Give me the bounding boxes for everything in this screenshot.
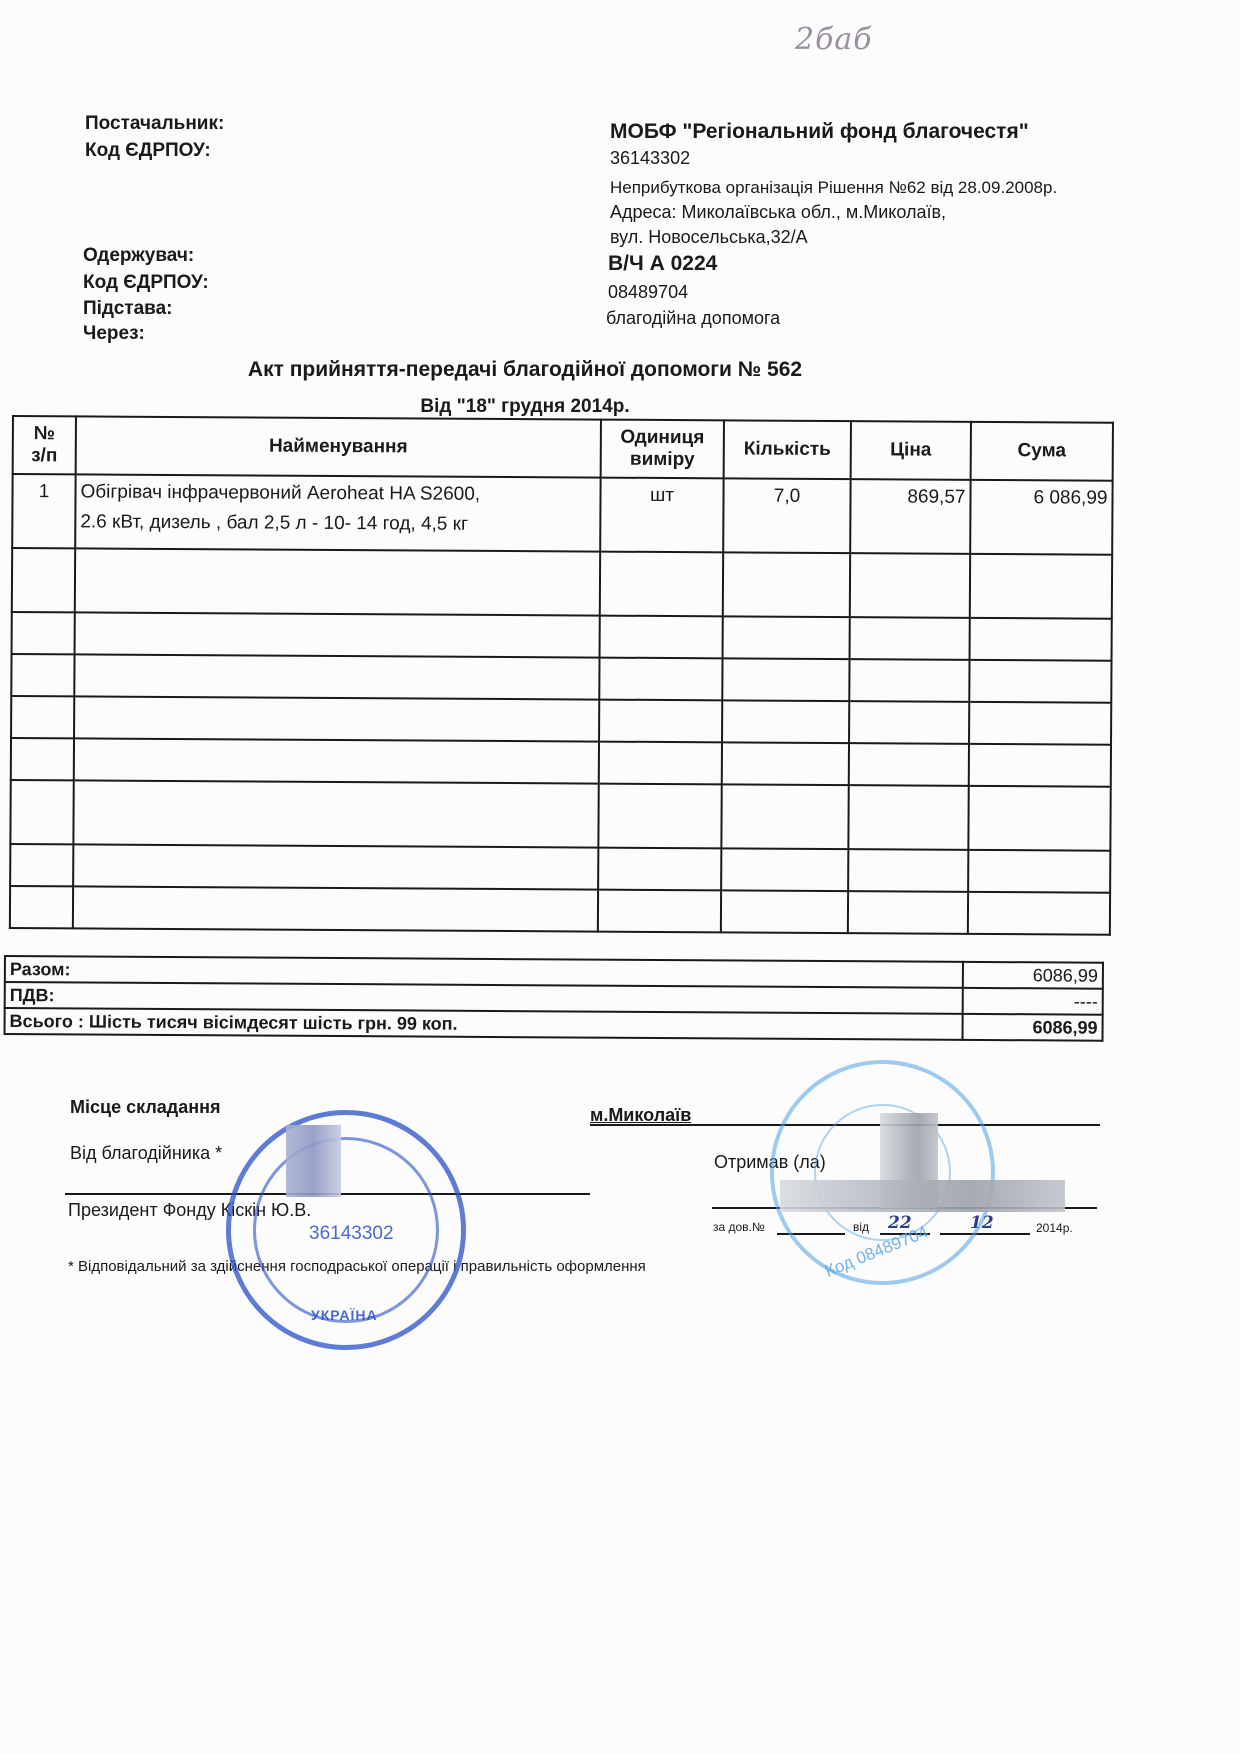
subtotal-value: 6086,99 bbox=[963, 962, 1103, 989]
total-value: 6086,99 bbox=[962, 1014, 1102, 1041]
col-name: Найменування bbox=[76, 416, 601, 477]
row-qty: 7,0 bbox=[723, 478, 850, 553]
empty-row bbox=[11, 654, 1111, 703]
table-header-row: №з/п Найменування Одиницявиміру Кількіст… bbox=[13, 416, 1113, 481]
supplier-status: Неприбуткова організація Рішення №62 від… bbox=[610, 178, 1057, 198]
empty-row bbox=[10, 780, 1110, 851]
row-price: 869,57 bbox=[850, 479, 970, 554]
recipient-name: В/Ч А 0224 bbox=[608, 252, 717, 276]
document-date: Від "18" грудня 2014р. bbox=[0, 396, 1050, 418]
recipient-code-label: Код ЄДРПОУ: bbox=[83, 272, 209, 294]
items-table: №з/п Найменування Одиницявиміру Кількіст… bbox=[9, 415, 1114, 936]
row-unit: шт bbox=[600, 478, 723, 553]
stamp-country: УКРАЇНА bbox=[311, 1307, 378, 1323]
handwritten-note: 2баб bbox=[795, 22, 873, 57]
row-num: 1 bbox=[12, 474, 75, 548]
from-donor-label: Від благодійника * bbox=[70, 1143, 222, 1164]
empty-row bbox=[10, 886, 1110, 935]
redacted-name bbox=[780, 1180, 1065, 1212]
total-row: Всього : Шість тисяч вісімдесят шість гр… bbox=[5, 1008, 1103, 1041]
empty-row bbox=[12, 548, 1112, 619]
supplier-name: МОБФ "Регіональний фонд благочестя" bbox=[610, 120, 1029, 144]
col-unit: Одиницявиміру bbox=[601, 420, 724, 479]
stamp-code: 36143302 bbox=[309, 1223, 394, 1245]
col-sum: Сума bbox=[971, 422, 1113, 481]
empty-row bbox=[10, 844, 1110, 893]
col-price: Ціна bbox=[851, 421, 971, 480]
totals-table: Разом: 6086,99 ПДВ: ---- Всього : Шість … bbox=[4, 955, 1104, 1042]
table-row: 1 Обігрівач інфрачервоний Aeroheat HA S2… bbox=[12, 474, 1112, 555]
basis-label: Підстава: bbox=[83, 298, 173, 320]
via-label: Через: bbox=[83, 323, 145, 345]
supplier-label: Постачальник: bbox=[85, 113, 224, 135]
empty-row bbox=[12, 612, 1112, 661]
supplier-address-line1: Адреса: Миколаївська обл., м.Миколаїв, bbox=[610, 202, 946, 223]
row-sum: 6 086,99 bbox=[970, 480, 1112, 555]
basis-value: благодійна допомога bbox=[606, 308, 780, 329]
col-num: №з/п bbox=[13, 416, 76, 474]
stamp-code: Код 08489704 bbox=[822, 1222, 931, 1281]
supplier-code: 36143302 bbox=[610, 148, 690, 169]
empty-row bbox=[11, 696, 1111, 745]
place-value: м.Миколаїв bbox=[590, 1105, 691, 1126]
redacted-signature bbox=[286, 1125, 341, 1197]
recipient-code: 08489704 bbox=[608, 282, 688, 303]
row-name: Обігрівач інфрачервоний Aeroheat HA S260… bbox=[75, 474, 600, 551]
donor-stamp: 36143302 УКРАЇНА bbox=[226, 1110, 466, 1350]
vat-value: ---- bbox=[963, 988, 1103, 1015]
col-qty: Кількість bbox=[724, 420, 851, 479]
supplier-code-label: Код ЄДРПОУ: bbox=[85, 140, 211, 162]
supplier-address-line2: вул. Новосельська,32/А bbox=[610, 227, 808, 248]
total-label: Всього : Шість тисяч вісімдесят шість гр… bbox=[5, 1008, 963, 1040]
power-of-attorney-label: за дов.№ bbox=[713, 1220, 765, 1234]
empty-row bbox=[11, 738, 1111, 787]
year-label: 2014р. bbox=[1036, 1221, 1073, 1235]
recipient-label: Одержувач: bbox=[83, 245, 194, 267]
document-title: Акт прийняття-передачі благодійної допом… bbox=[0, 358, 1050, 382]
place-label: Місце складання bbox=[70, 1097, 220, 1118]
